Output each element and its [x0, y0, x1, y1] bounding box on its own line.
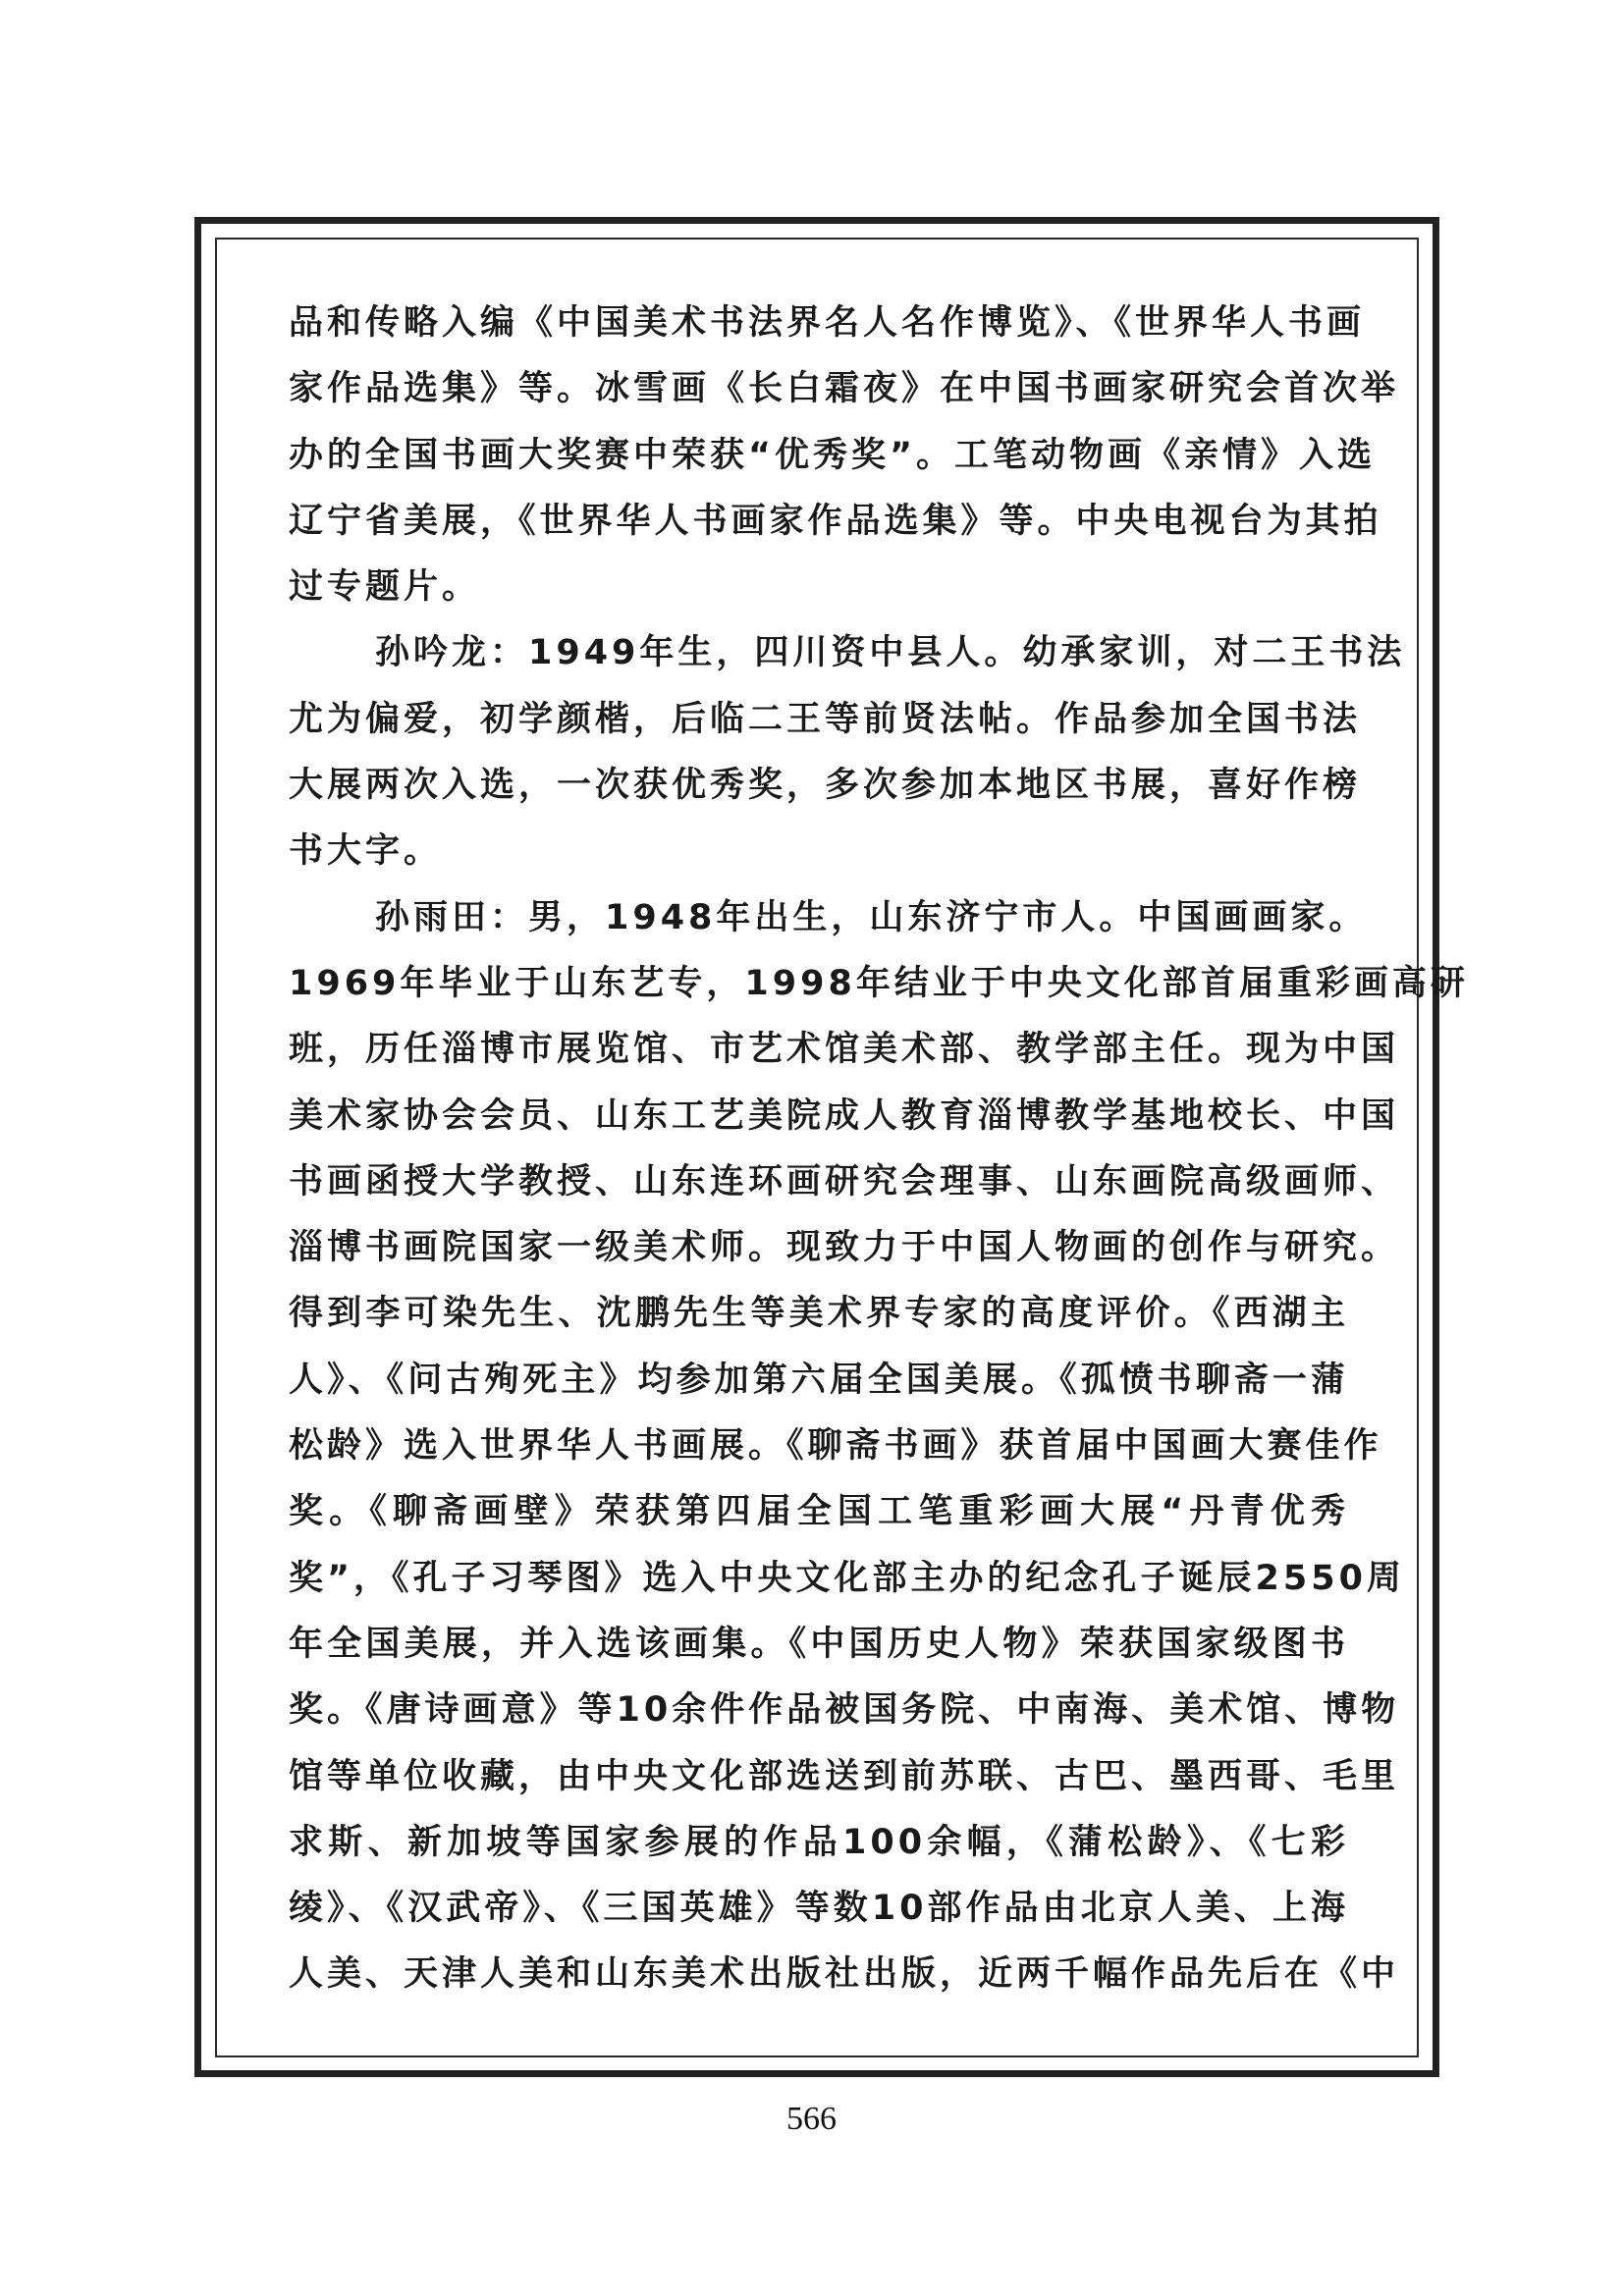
- text-line: 1969年毕业于山东艺专，1998年结业于中央文化部首届重彩画高研: [289, 951, 1349, 1017]
- text-line: 年全国美展，并入选该画集。《中国历史人物》荣获国家级图书: [289, 1612, 1349, 1678]
- text-line: 办的全国书画大奖赛中荣获“优秀奖”。工笔动物画《亲情》入选: [289, 423, 1349, 489]
- paragraph-continued-biography: 品和传略入编《中国美术书法界名人名作博览》、《世界华人书画 家作品选集》等。冰雪…: [289, 291, 1349, 620]
- text-line: 书大字。: [289, 819, 1349, 884]
- text-line: 大展两次入选，一次获优秀奖，多次参加本地区书展，喜好作榜: [289, 753, 1349, 819]
- text-line: 绫》、《汉武帝》、《三国英雄》等数10部作品由北京人美、上海: [289, 1876, 1349, 1942]
- text-line: 淄博书画院国家一级美术师。现致力于中国人物画的创作与研究。: [289, 1215, 1349, 1281]
- text-line: 尤为偏爱，初学颜楷，后临二王等前贤法帖。作品参加全国书法: [289, 687, 1349, 753]
- text-line: 松龄》选入世界华人书画展。《聊斋书画》获首届中国画大赛佳作: [289, 1414, 1349, 1479]
- text-line: 辽宁省美展，《世界华人书画家作品选集》等。中央电视台为其拍: [289, 489, 1349, 555]
- text-line: 奖。《唐诗画意》等10余件作品被国务院、中南海、美术馆、博物: [289, 1678, 1349, 1743]
- text-line: 孙雨田：男，1948年出生，山东济宁市人。中国画画家。: [289, 885, 1349, 951]
- text-line: 美术家协会会员、山东工艺美院成人教育淄博教学基地校长、中国: [289, 1084, 1349, 1149]
- text-line: 人》、《问古殉死主》均参加第六届全国美展。《孤愤书聊斋一蒲: [289, 1348, 1349, 1414]
- text-line: 家作品选集》等。冰雪画《长白霜夜》在中国书画家研究会首次举: [289, 356, 1349, 422]
- text-line: 得到李可染先生、沈鹏先生等美术界专家的高度评价。《西湖主: [289, 1281, 1349, 1347]
- text-line: 人美、天津人美和山东美术出版社出版，近两千幅作品先后在《中: [289, 1942, 1349, 2007]
- paragraph-sun-yutian: 孙雨田：男，1948年出生，山东济宁市人。中国画画家。 1969年毕业于山东艺专…: [289, 885, 1349, 2008]
- page-number: 566: [0, 2101, 1623, 2138]
- text-line: 孙吟龙：1949年生，四川资中县人。幼承家训，对二王书法: [289, 620, 1349, 686]
- text-line: 书画函授大学教授、山东连环画研究会理事、山东画院高级画师、: [289, 1149, 1349, 1215]
- text-line: 馆等单位收藏，由中央文化部选送到前苏联、古巴、墨西哥、毛里: [289, 1744, 1349, 1810]
- text-line: 品和传略入编《中国美术书法界名人名作博览》、《世界华人书画: [289, 291, 1349, 356]
- text-line: 奖。《聊斋画壁》荣获第四届全国工笔重彩画大展“丹青优秀: [289, 1479, 1349, 1545]
- body-text: 品和传略入编《中国美术书法界名人名作博览》、《世界华人书画 家作品选集》等。冰雪…: [289, 291, 1349, 2008]
- text-line: 求斯、新加坡等国家参展的作品100余幅，《蒲松龄》、《七彩: [289, 1810, 1349, 1876]
- text-line: 过专题片。: [289, 555, 1349, 620]
- text-line: 奖”，《孔子习琴图》选入中央文化部主办的纪念孔子诞辰2550周: [289, 1546, 1349, 1612]
- text-line: 班，历任淄博市展览馆、市艺术馆美术部、教学部主任。现为中国: [289, 1017, 1349, 1083]
- paragraph-sun-yinlong: 孙吟龙：1949年生，四川资中县人。幼承家训，对二王书法 尤为偏爱，初学颜楷，后…: [289, 620, 1349, 884]
